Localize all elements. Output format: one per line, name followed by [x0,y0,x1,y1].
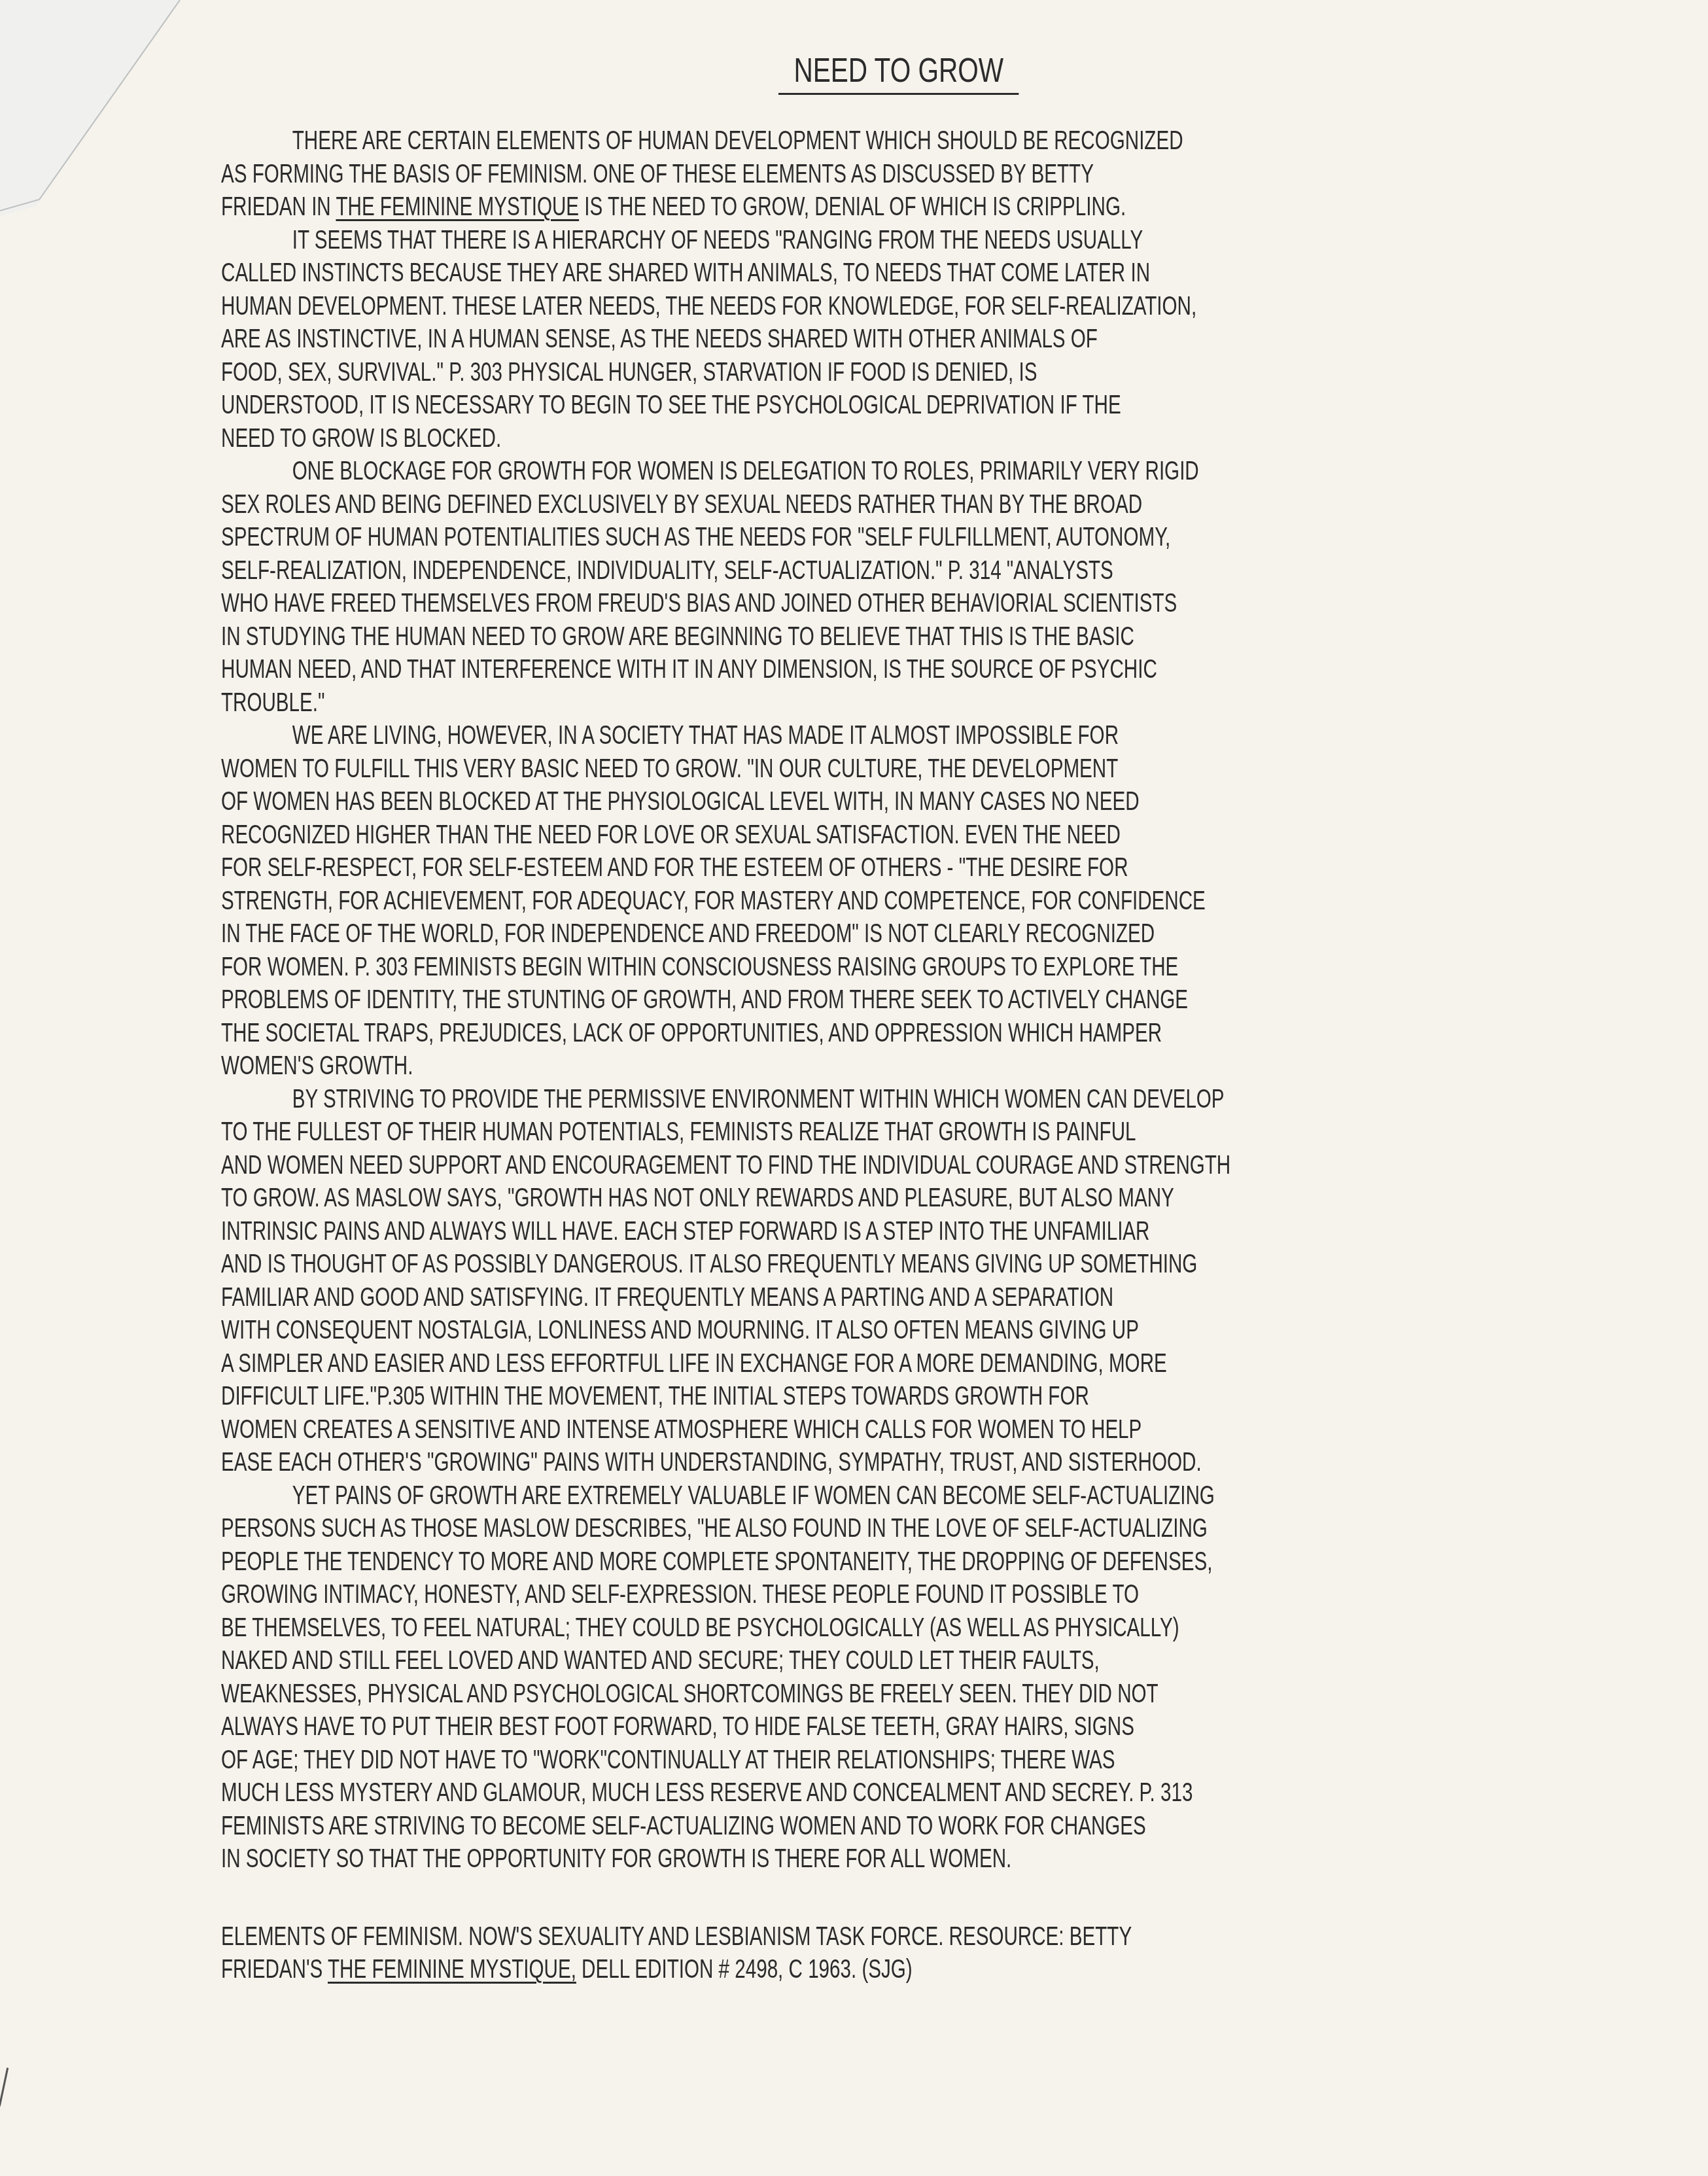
text-line: of age; they did not have to "work"conti… [221,1744,1306,1777]
text-line: in studying the human need to grow are b… [221,620,1306,654]
text-line: a simpler and easier and less effortful … [221,1347,1306,1380]
text-line: in society so that the opportunity for g… [221,1842,1306,1876]
text-line: familiar and good and satisfying. It fre… [221,1281,1306,1314]
text-line: naked and still feel loved and wanted an… [221,1644,1306,1677]
text-line: recognized higher than the need for love… [221,818,1306,852]
citation-edition: Dell Edition # 2498, c 1963. (sjg) [576,1955,913,1984]
text-line: as forming the basis of feminism. One of… [221,158,1306,191]
paragraph-3: One blockage for growth for women is del… [221,455,1686,719]
paragraph-2: It seems that there is a hierarchy of ne… [221,224,1686,455]
paragraph-6: Yet pains of growth are extremely valuab… [221,1479,1686,1876]
text-line: spectrum of human potentialities such as… [221,521,1306,554]
document-body: There are certain elements of human deve… [221,124,1686,1876]
page-title: Need to Grow [778,51,1019,95]
citation-footer: Elements of Feminism. NOW'S Sexuality an… [221,1920,1452,1986]
text-line: food, sex, survival." p. 303 Physical hu… [221,356,1306,389]
book-title-underlined: The Feminine Mystique [336,192,579,221]
text-line: understood, it is necessary to begin to … [221,389,1306,422]
text-line: people the tendency to more and more com… [221,1545,1306,1579]
text-line: ease each other's "growing" pains with u… [221,1446,1306,1479]
text-line: human need, and that interference with i… [221,653,1306,686]
text-line: self-realization, independence, individu… [221,554,1306,588]
citation-line-2: Friedan's The Feminine Mystique, Dell Ed… [221,1953,1132,1986]
citation-book-title: The Feminine Mystique, [328,1955,576,1984]
text-line: always have to put their best foot forwa… [221,1710,1306,1744]
text-line: need to grow is blocked. [221,422,1306,455]
paragraph-5: By striving to provide the permissive en… [221,1083,1686,1479]
text-line: in the face of the world, for independen… [221,917,1306,951]
text-line: for self-respect, for self-esteem and fo… [221,851,1306,885]
text-line: One blockage for growth for women is del… [221,455,1306,488]
text-line: with consequent nostalgia, lonliness and… [221,1314,1306,1347]
text-line: sex roles and being defined exclusively … [221,488,1306,521]
text-line: By striving to provide the permissive en… [221,1083,1306,1116]
text-line: the societal traps, prejudices, lack of … [221,1017,1306,1050]
text-line: difficult life."p.305 Within the movemen… [221,1380,1306,1413]
text-line: called instincts because they are shared… [221,256,1306,290]
paragraph-1: There are certain elements of human deve… [221,124,1686,224]
text-line: weaknesses, physical and psychological s… [221,1677,1306,1711]
text-line: much less mystery and glamour, much less… [221,1776,1306,1810]
text-line: to the fullest of their human potentials… [221,1115,1306,1149]
text-line: who have freed themselves from Freud's b… [221,587,1306,620]
text-line: and women need support and encouragement… [221,1149,1306,1182]
text-line: to grow. As Maslow says, "Growth has not… [221,1182,1306,1215]
paragraph-4: We are living, however, in a society tha… [221,719,1686,1083]
text-line: Yet pains of growth are extremely valuab… [221,1479,1306,1513]
text-line: intrinsic pains and always will have. Ea… [221,1215,1306,1248]
text-line: Friedan in The Feminine Mystique is the … [221,190,1306,224]
text-line: problems of identity, the stunting of gr… [221,983,1306,1017]
folded-corner-edge [0,0,216,216]
text-line: We are living, however, in a society tha… [221,719,1306,752]
text-line: human development. These later needs, th… [221,290,1306,323]
text-line: of women has been blocked at the physiol… [221,785,1306,818]
text-line: be themselves, to feel natural; they cou… [221,1611,1306,1645]
text-line: strength, for achievement, for adequacy,… [221,885,1306,918]
margin-pencil-mark [0,2067,9,2106]
text-line: women to fulfill this very basic need to… [221,752,1306,786]
text-line: women creates a sensitive and intense at… [221,1413,1306,1447]
text-line: are as instinctive, in a human sense, as… [221,323,1306,356]
text-line: Feminists are striving to become self-ac… [221,1810,1306,1843]
citation-author: Friedan's [221,1955,328,1984]
text-line: women's growth. [221,1049,1306,1083]
text-line: persons such as those Maslow describes, … [221,1512,1306,1545]
text-line: It seems that there is a hierarchy of ne… [221,224,1306,257]
text-line: trouble." [221,686,1306,720]
text-line: for women. p. 303 Feminists begin within… [221,951,1306,984]
text-line: growing intimacy, honesty, and self-expr… [221,1578,1306,1611]
text-line: and is thought of as possibly dangerous.… [221,1248,1306,1281]
citation-line-1: Elements of Feminism. NOW'S Sexuality an… [221,1920,1132,1953]
text-line: There are certain elements of human deve… [221,124,1306,158]
